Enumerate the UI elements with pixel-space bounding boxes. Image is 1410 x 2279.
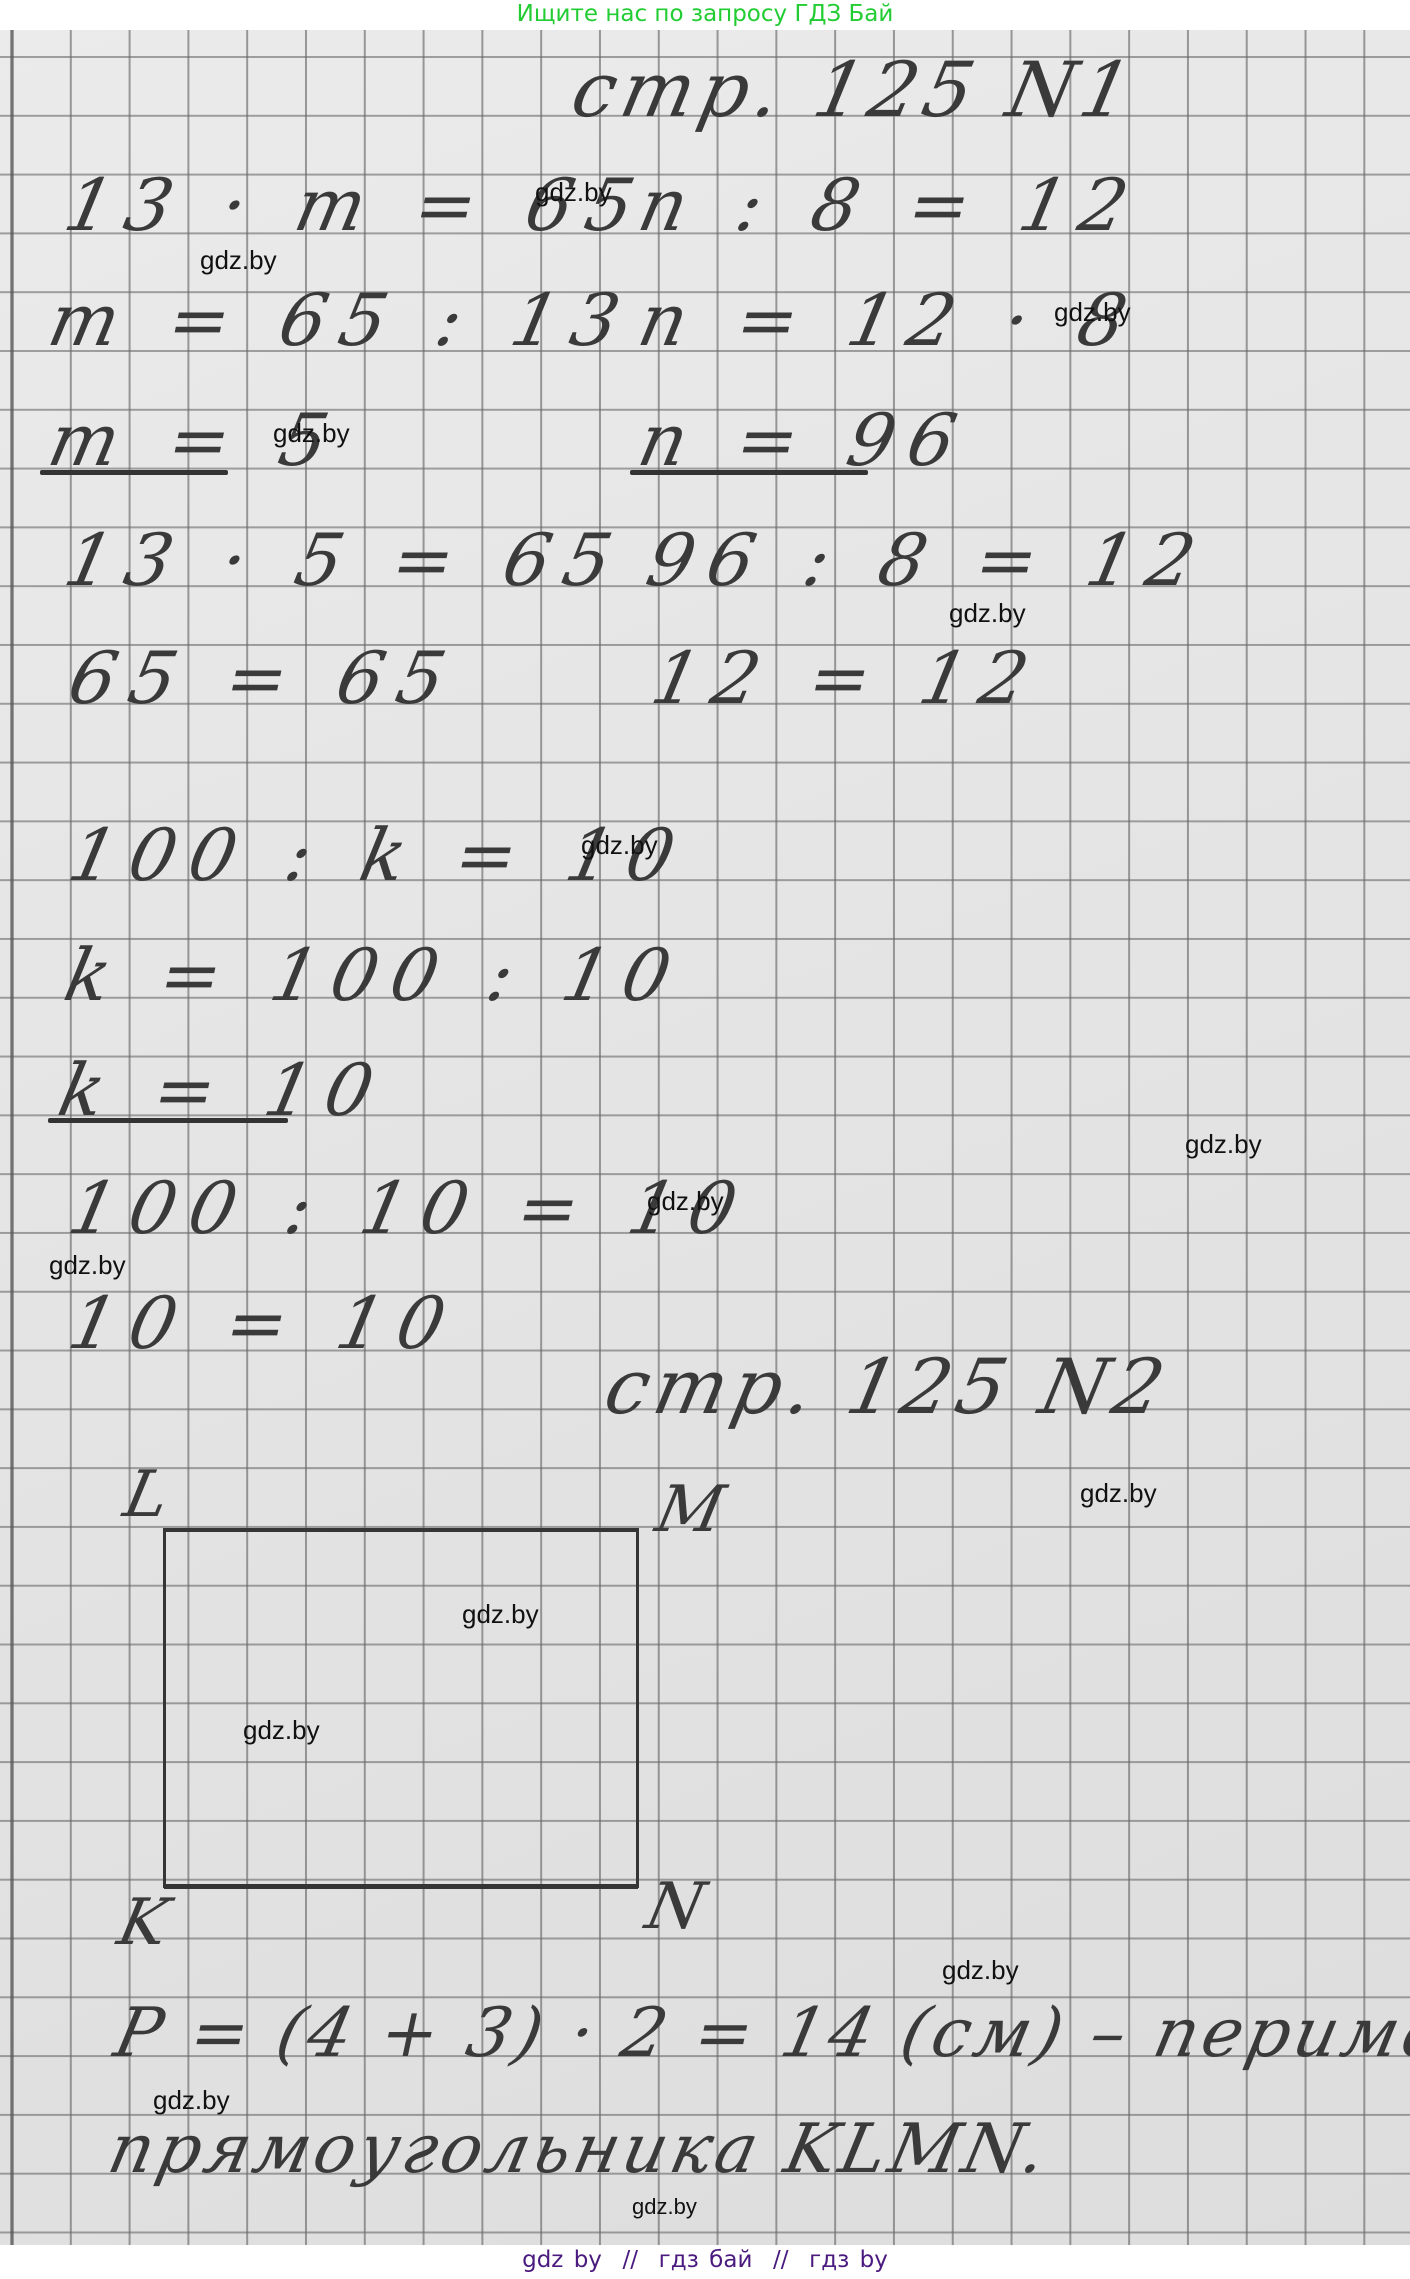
watermark: gdz.by bbox=[153, 2085, 230, 2115]
right-answer: n = 96 bbox=[632, 400, 977, 480]
third-answer-underline bbox=[48, 1118, 288, 1123]
watermark: gdz.by bbox=[1080, 1478, 1157, 1508]
third-check-result: 10 = 10 bbox=[62, 1283, 466, 1363]
watermark: gdz.by bbox=[243, 1715, 320, 1745]
right-check: 96 : 8 = 12 bbox=[640, 520, 1216, 600]
left-check: 13 · 5 = 65 bbox=[58, 520, 633, 600]
watermark: gdz.by bbox=[1054, 297, 1131, 327]
watermark: gdz.by bbox=[1185, 1129, 1262, 1159]
watermark: gdz.by bbox=[632, 2192, 697, 2222]
top-banner: Ищите нас по запросу ГДЗ Бай bbox=[0, 0, 1410, 30]
left-step: m = 65 : 13 bbox=[42, 280, 641, 360]
watermark: gdz.by bbox=[942, 1955, 1019, 1985]
top-banner-text: Ищите нас по запросу ГДЗ Бай bbox=[517, 1, 894, 27]
watermark: gdz.by bbox=[462, 1599, 539, 1629]
right-answer-underline bbox=[630, 470, 868, 475]
left-check-result: 65 = 65 bbox=[62, 638, 466, 718]
perimeter-conclusion: прямоугольника KLMN. bbox=[102, 2112, 1057, 2188]
third-step: k = 100 : 10 bbox=[58, 935, 692, 1015]
watermark: gdz.by bbox=[535, 177, 612, 207]
left-answer-underline bbox=[40, 470, 228, 475]
rectangle-side-lm bbox=[164, 1528, 638, 1532]
task1-title: стр. 125 N1 bbox=[565, 48, 1145, 132]
watermark: gdz.by bbox=[200, 245, 277, 275]
bottom-banner: gdz by // гдз бай // гдз by bbox=[0, 2245, 1410, 2279]
watermark: gdz.by bbox=[49, 1250, 126, 1280]
perimeter-formula: P = (4 + 3) · 2 = 14 (см) – периметр bbox=[108, 1996, 1410, 2072]
watermark: gdz.by bbox=[949, 598, 1026, 628]
watermark: gdz.by bbox=[273, 418, 350, 448]
right-check-result: 12 = 12 bbox=[645, 638, 1049, 718]
task2-title: стр. 125 N2 bbox=[598, 1345, 1178, 1429]
watermark: gdz.by bbox=[581, 830, 658, 860]
bottom-banner-text: gdz by // гдз бай // гдз by bbox=[522, 2247, 888, 2273]
rectangle-side-lk bbox=[163, 1528, 166, 1888]
right-equation: n : 8 = 12 bbox=[632, 165, 1149, 245]
watermark: gdz.by bbox=[647, 1186, 724, 1216]
rectangle-side-kn bbox=[164, 1884, 638, 1889]
rectangle-side-mn bbox=[636, 1528, 639, 1888]
